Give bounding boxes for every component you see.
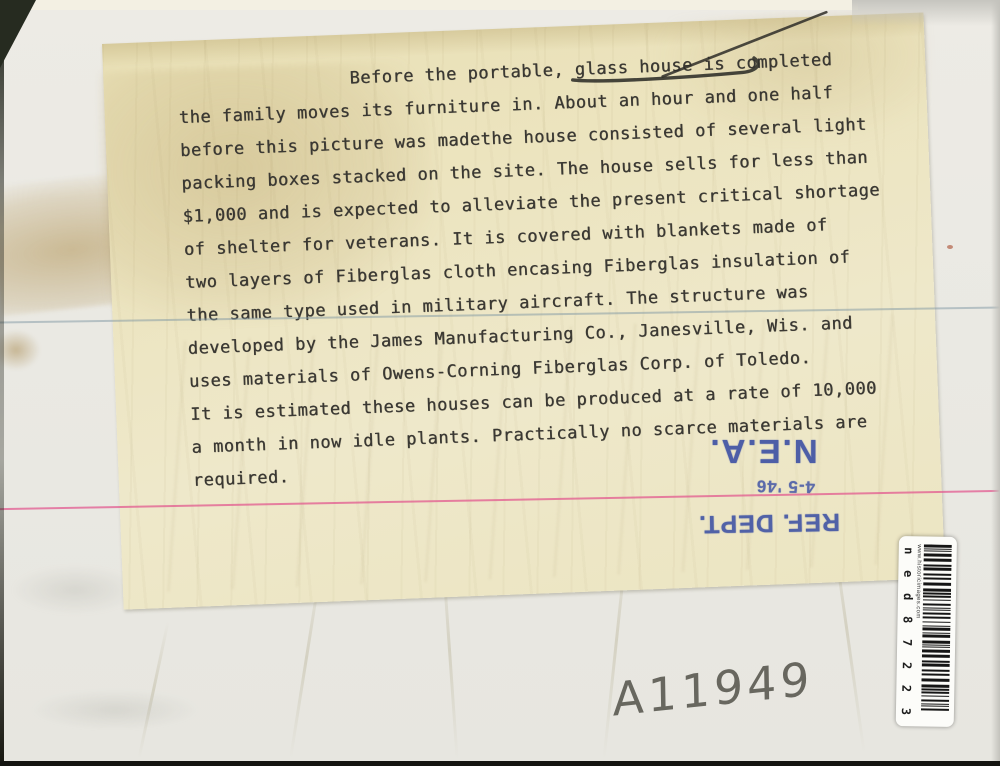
scanner-bed-bottom-edge bbox=[0, 761, 1000, 766]
ref-dept-stamp: REF. DEPT. bbox=[668, 501, 871, 539]
barcode-bars bbox=[921, 544, 952, 718]
barcode-label: www.historicimages.com ned87223 bbox=[896, 536, 957, 727]
caption-line1-pre: Before the portable, bbox=[349, 60, 575, 89]
pencil-smudge bbox=[30, 690, 200, 730]
photo-top-edge bbox=[0, 0, 858, 10]
barcode-code: ned87223 bbox=[899, 544, 915, 718]
underlined-phrase: glass house is completed bbox=[574, 50, 832, 80]
dark-corner-top-left bbox=[0, 0, 36, 68]
scanner-bed-left-edge bbox=[0, 0, 4, 766]
scanner-bed-top-right bbox=[852, 0, 1000, 26]
red-speck bbox=[947, 245, 953, 249]
photo-verso-scan: Before the portable, glass house is comp… bbox=[0, 0, 1000, 766]
pencil-smudge bbox=[10, 565, 140, 615]
ink-underline-stroke bbox=[565, 4, 838, 94]
date-stamp: 4-5 '46 bbox=[708, 471, 863, 498]
handwritten-id: A11949 bbox=[612, 651, 814, 726]
brown-stain-small bbox=[0, 330, 40, 370]
scanner-bed-right-edge bbox=[991, 0, 1000, 766]
nea-agency-stamp: N.E.A. bbox=[688, 428, 838, 470]
